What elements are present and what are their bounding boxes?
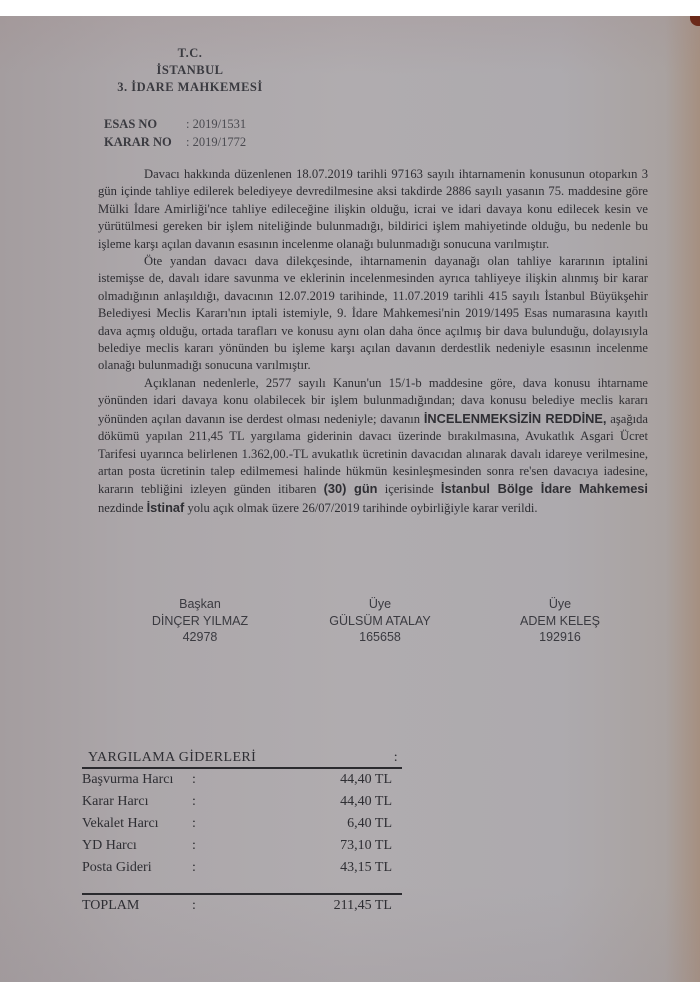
cost-label: Posta Gideri (82, 857, 192, 879)
appeal-court-bold: İstanbul Bölge İdare Mahkemesi (441, 481, 648, 496)
ruling-bold: İNCELENMEKSİZİN REDDİNE, (424, 411, 607, 426)
signatory-role: Üye (480, 596, 640, 613)
cost-row: YD Harcı : 73,10 TL (82, 835, 402, 857)
cost-colon: : (192, 813, 212, 835)
total-colon: : (192, 895, 212, 917)
cost-amount: 44,40 TL (212, 769, 402, 791)
paragraph-3-text-c: içerisinde (378, 482, 441, 496)
istinaf-bold: İstinaf (147, 500, 185, 515)
signatories: Başkan DİNÇER YILMAZ 42978 Üye GÜLSÜM AT… (120, 596, 640, 646)
cost-label: Karar Harcı (82, 791, 192, 813)
cost-row: Posta Gideri : 43,15 TL (82, 857, 402, 879)
costs-table: YARGILAMA GİDERLERİ : Başvurma Harcı : 4… (82, 750, 402, 917)
cost-amount: 6,40 TL (212, 813, 402, 835)
paragraph-3-text-d: nezdinde (98, 501, 147, 515)
esas-no-label: ESAS NO (104, 115, 186, 133)
cost-amount: 43,15 TL (212, 857, 402, 879)
signatory-id: 165658 (300, 629, 460, 646)
cost-label: YD Harcı (82, 835, 192, 857)
costs-title-row: YARGILAMA GİDERLERİ : (82, 750, 402, 769)
cost-colon: : (192, 857, 212, 879)
deadline-bold: (30) gün (324, 481, 378, 496)
signatory-name: DİNÇER YILMAZ (120, 613, 280, 630)
cost-colon: : (192, 791, 212, 813)
decision-body: Davacı hakkında düzenlenen 18.07.2019 ta… (98, 166, 648, 517)
signatory-id: 42978 (120, 629, 280, 646)
total-amount: 211,45 TL (212, 895, 402, 917)
cost-row: Başvurma Harcı : 44,40 TL (82, 769, 402, 791)
court-header: T.C. İSTANBUL 3. İDARE MAHKEMESİ (100, 45, 280, 96)
signatory-name: GÜLSÜM ATALAY (300, 613, 460, 630)
total-row: TOPLAM : 211,45 TL (82, 895, 402, 917)
costs-title: YARGILAMA GİDERLERİ (88, 750, 256, 766)
paragraph-1: Davacı hakkında düzenlenen 18.07.2019 ta… (98, 166, 648, 253)
header-line-court: 3. İDARE MAHKEMESİ (100, 79, 280, 96)
case-references: ESAS NO : 2019/1531 KARAR NO : 2019/1772 (104, 115, 246, 151)
header-line-tc: T.C. (100, 45, 280, 62)
signatory-president: Başkan DİNÇER YILMAZ 42978 (120, 596, 280, 646)
signatory-name: ADEM KELEŞ (480, 613, 640, 630)
cost-amount: 44,40 TL (212, 791, 402, 813)
cost-row: Karar Harcı : 44,40 TL (82, 791, 402, 813)
signatory-member-2: Üye ADEM KELEŞ 192916 (480, 596, 640, 646)
signatory-role: Üye (300, 596, 460, 613)
signatory-role: Başkan (120, 596, 280, 613)
signatory-id: 192916 (480, 629, 640, 646)
costs-title-colon: : (394, 750, 398, 766)
paragraph-2: Öte yandan davacı dava dilekçesinde, iht… (98, 253, 648, 375)
signatory-member-1: Üye GÜLSÜM ATALAY 165658 (300, 596, 460, 646)
karar-no-value: : 2019/1772 (186, 133, 246, 151)
cost-row: Vekalet Harcı : 6,40 TL (82, 813, 402, 835)
cost-colon: : (192, 835, 212, 857)
paragraph-3-text-e: yolu açık olmak üzere 26/07/2019 tarihin… (184, 501, 537, 515)
header-line-city: İSTANBUL (100, 62, 280, 79)
karar-no-label: KARAR NO (104, 133, 186, 151)
cost-label: Başvurma Harcı (82, 769, 192, 791)
total-label: TOPLAM (82, 895, 192, 917)
esas-no-value: : 2019/1531 (186, 115, 246, 133)
cost-colon: : (192, 769, 212, 791)
cost-label: Vekalet Harcı (82, 813, 192, 835)
cost-amount: 73,10 TL (212, 835, 402, 857)
paragraph-3: Açıklanan nedenlerle, 2577 sayılı Kanun'… (98, 375, 648, 517)
